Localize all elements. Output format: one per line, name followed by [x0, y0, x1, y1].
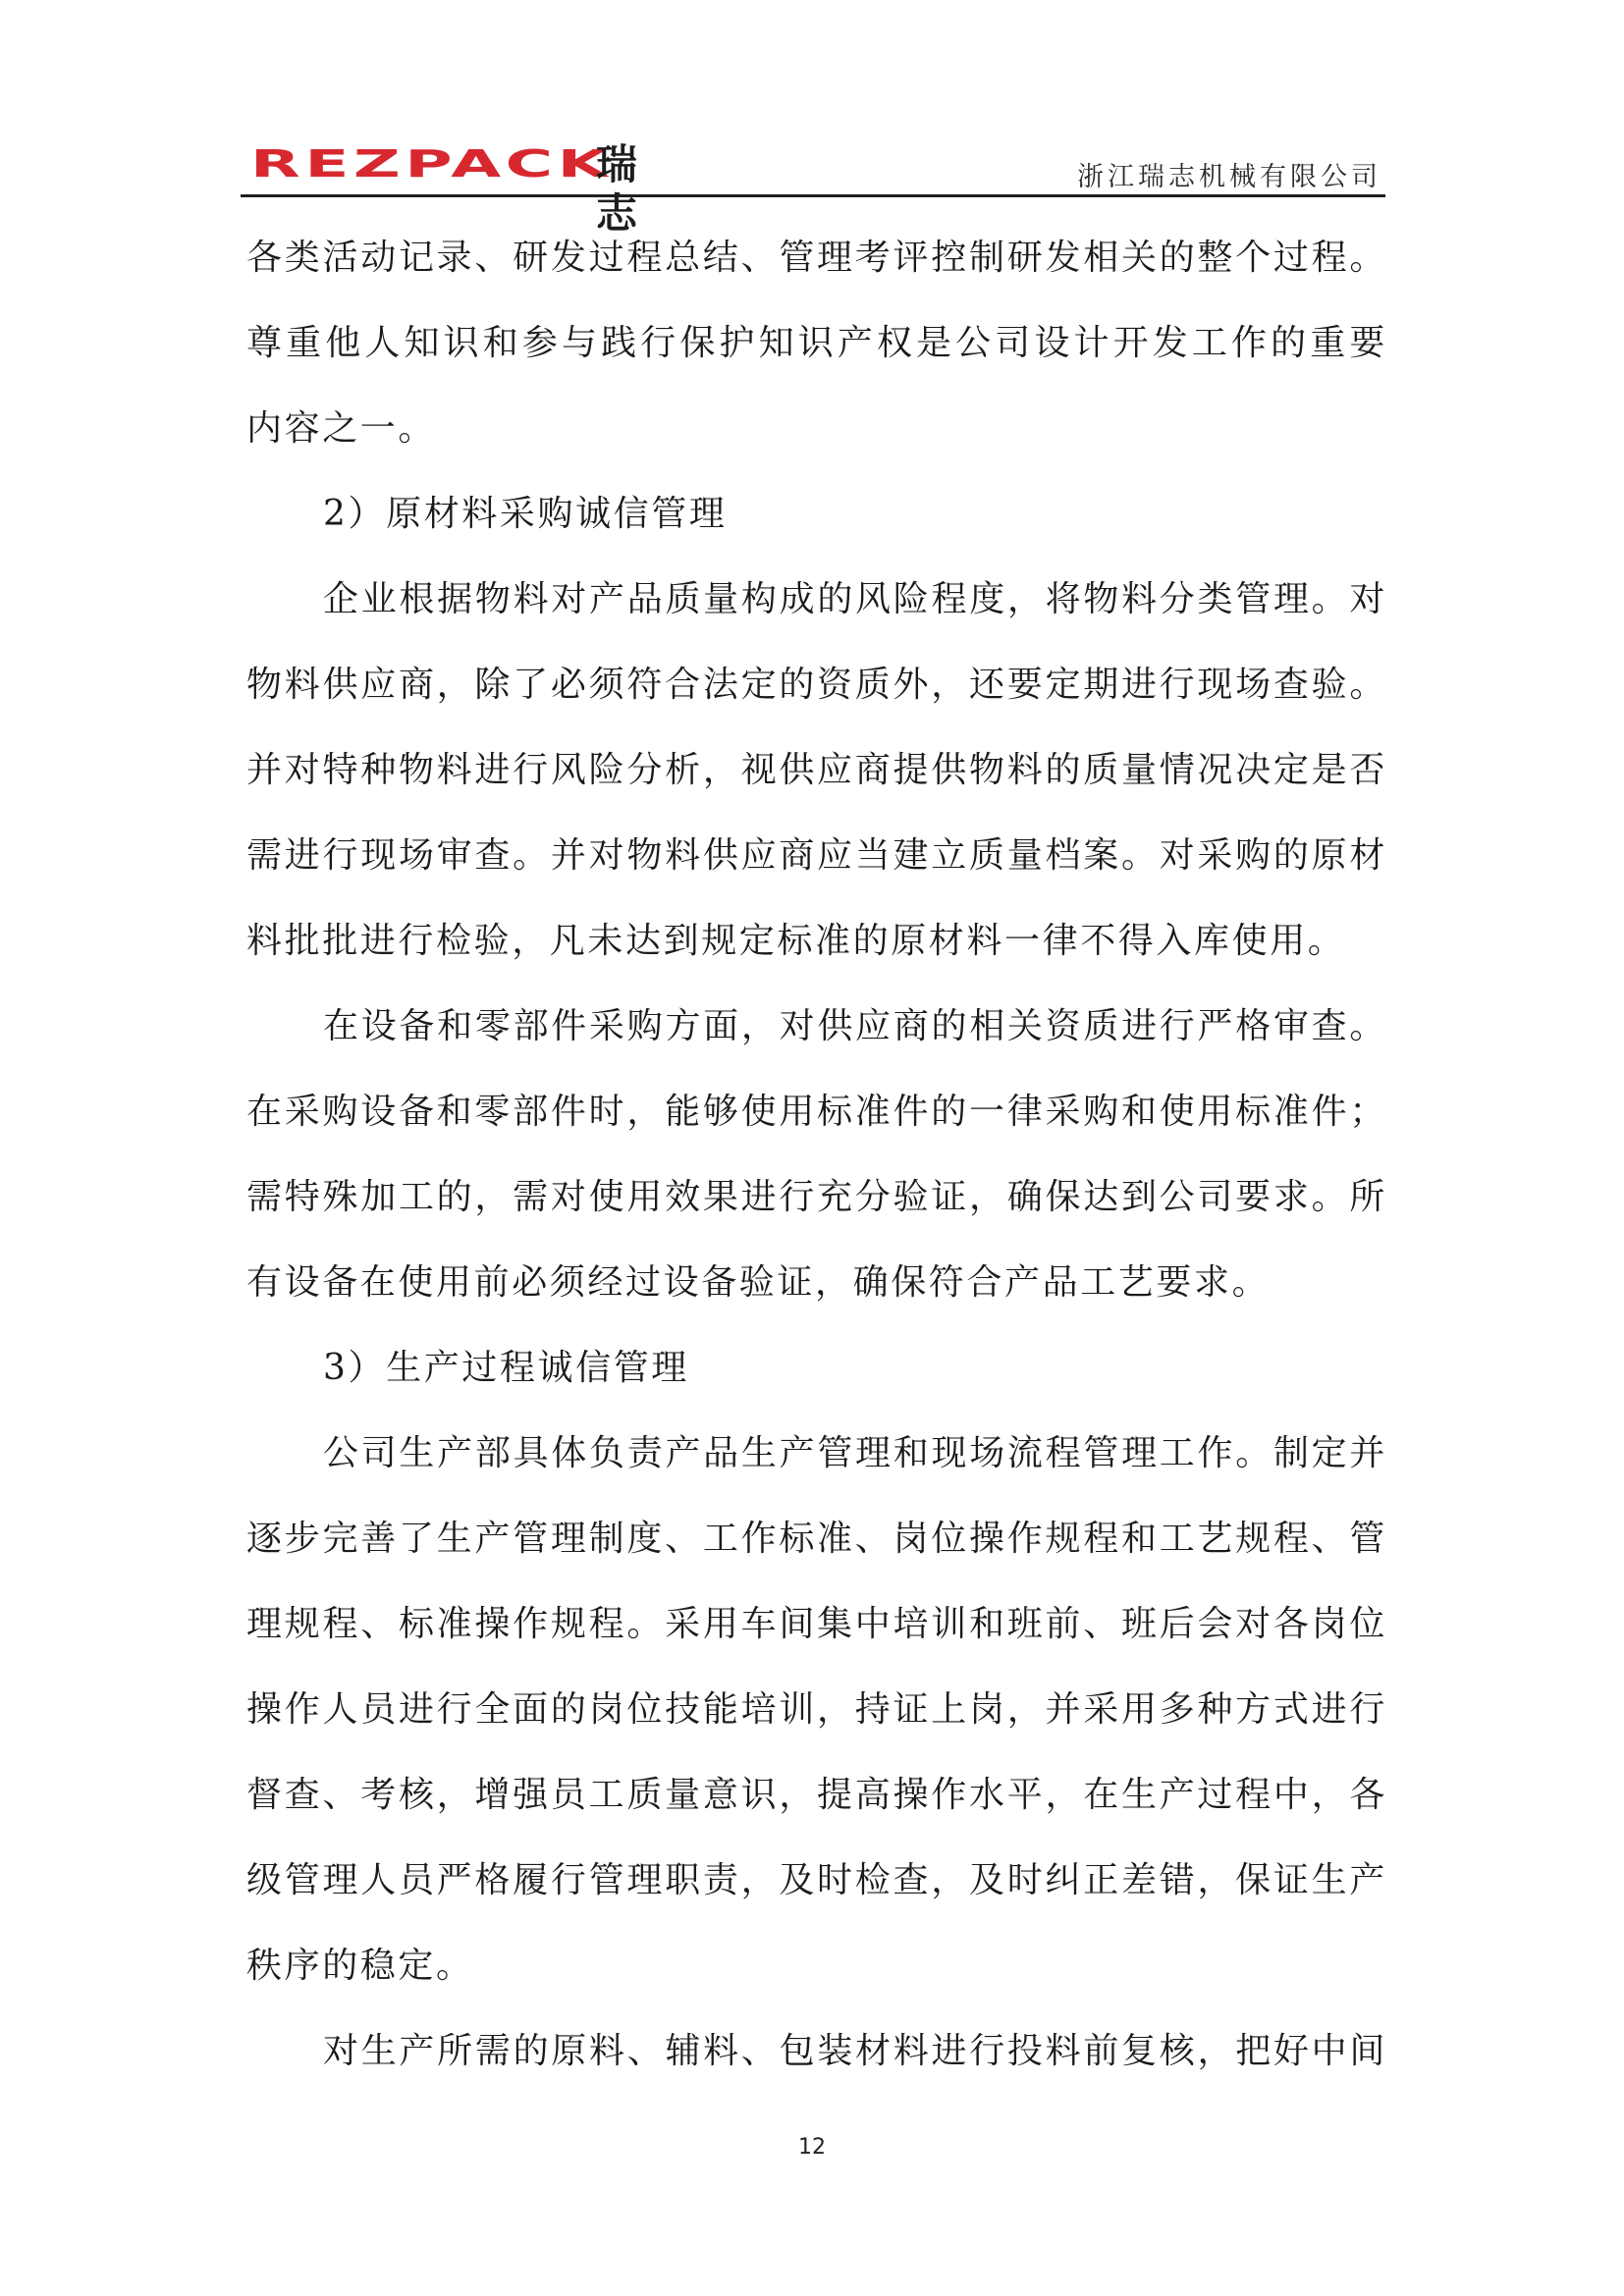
text-line: 在采购设备和零部件时，能够使用标准件的一律采购和使用标准件；	[246, 1088, 1387, 1173]
body-text: 各类活动记录、研发过程总结、管理考评控制研发相关的整个过程。 尊重他人知识和参与…	[246, 234, 1387, 2112]
text-line: 公司生产部具体负责产品生产管理和现场流程管理工作。制定并	[246, 1429, 1387, 1515]
text-line: 对生产所需的原料、辅料、包装材料进行投料前复核，把好中间	[246, 2027, 1387, 2112]
text-line: 级管理人员严格履行管理职责，及时检查，及时纠正差错，保证生产	[246, 1856, 1387, 1942]
company-logo: REZPACK 瑞志	[250, 140, 492, 189]
text-line: 企业根据物料对产品质量构成的风险程度，将物料分类管理。对	[246, 575, 1387, 661]
text-line: 并对特种物料进行风险分析，视供应商提供物料的质量情况决定是否	[246, 746, 1387, 831]
text-line: 督查、考核，增强员工质量意识，提高操作水平，在生产过程中，各	[246, 1771, 1387, 1856]
page-number: 12	[0, 2135, 1624, 2160]
text-line: 秩序的稳定。	[246, 1942, 1387, 2027]
text-line: 内容之一。	[246, 404, 1387, 490]
logo-chinese-name: 瑞志	[596, 140, 639, 239]
company-name: 浙江瑞志机械有限公司	[1077, 155, 1381, 193]
text-line: 需进行现场审查。并对物料供应商应当建立质量档案。对采购的原材	[246, 831, 1387, 917]
text-line: 物料供应商，除了必须符合法定的资质外，还要定期进行现场查验。	[246, 661, 1387, 746]
section-heading: 2）原材料采购诚信管理	[246, 490, 1387, 575]
text-line: 尊重他人知识和参与践行保护知识产权是公司设计开发工作的重要	[246, 319, 1387, 404]
text-line: 各类活动记录、研发过程总结、管理考评控制研发相关的整个过程。	[246, 234, 1387, 319]
document-page: REZPACK 瑞志 浙江瑞志机械有限公司 各类活动记录、研发过程总结、管理考评…	[0, 0, 1624, 2296]
text-line: 逐步完善了生产管理制度、工作标准、岗位操作规程和工艺规程、管	[246, 1515, 1387, 1600]
text-line: 需特殊加工的，需对使用效果进行充分验证，确保达到公司要求。所	[246, 1173, 1387, 1258]
text-line: 操作人员进行全面的岗位技能培训，持证上岗，并采用多种方式进行	[246, 1685, 1387, 1771]
section-heading: 3）生产过程诚信管理	[246, 1344, 1387, 1429]
logo-wordmark: REZPACK	[250, 146, 612, 184]
text-line: 在设备和零部件采购方面，对供应商的相关资质进行严格审查。	[246, 1002, 1387, 1088]
text-line: 理规程、标准操作规程。采用车间集中培训和班前、班后会对各岗位	[246, 1600, 1387, 1685]
header-divider	[241, 194, 1385, 197]
text-line: 有设备在使用前必须经过设备验证，确保符合产品工艺要求。	[246, 1258, 1387, 1344]
text-line: 料批批进行检验，凡未达到规定标准的原材料一律不得入库使用。	[246, 917, 1387, 1002]
page-header: REZPACK 瑞志 浙江瑞志机械有限公司	[246, 126, 1385, 199]
